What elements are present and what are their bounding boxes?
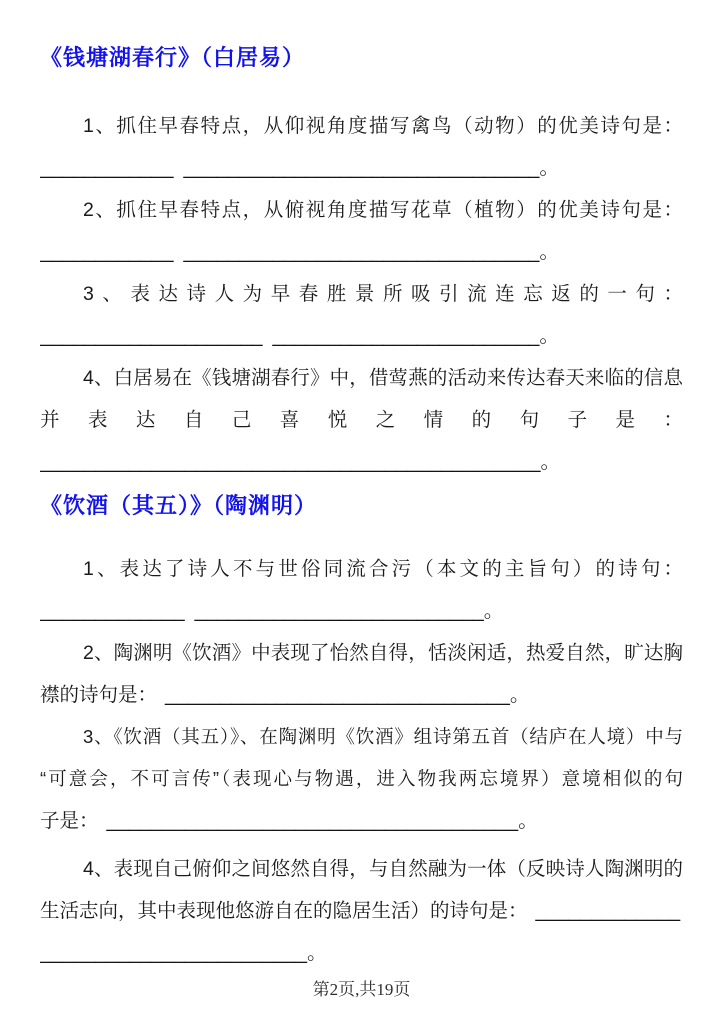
question-text: 4、表现自己俯仰之间悠然自得，与自然融为一体（反映诗人陶渊明的 xyxy=(40,848,683,890)
worksheet-page: 《钱塘湖春行》（白居易） 1、抓住早春特点，从仰视角度描写禽鸟（动物）的优美诗句… xyxy=(0,0,723,1024)
answer-blank: _____________ __________________________… xyxy=(40,600,504,622)
page-number-footer: 第2页,共19页 xyxy=(0,975,723,1000)
question-text: 4、白居易在《钱塘湖春行》中，借莺燕的活动来传达春天来临的信息 xyxy=(40,357,683,399)
question-text: 并表达自己喜悦之情的句子是： xyxy=(40,399,683,441)
answer-blank: ________________________________________… xyxy=(40,451,561,473)
answer-blank-line: ____________________ ___________________… xyxy=(40,315,683,357)
question-text-with-blank: 襟的诗句是：_______________________________。 xyxy=(40,674,683,716)
question-text: 襟的诗句是： xyxy=(40,684,157,706)
answer-blank-line: ____________ ___________________________… xyxy=(40,231,683,273)
answer-blank: ________________________。 xyxy=(40,942,327,964)
answer-blank-line: ________________________。 xyxy=(40,932,683,974)
answer-blank-line: ____________ ___________________________… xyxy=(40,147,683,189)
question-text: 子是： xyxy=(40,810,99,832)
section-title-yinjiu: 《饮酒（其五）》（陶渊明） xyxy=(40,492,683,520)
section-title-qiantang: 《钱塘湖春行》（白居易） xyxy=(40,44,683,72)
question-text-with-blank: 子是：_____________________________________… xyxy=(40,800,683,842)
question-text: 3、表达诗人为早春胜景所吸引流连忘返的一句： xyxy=(40,273,683,315)
question-text: 2、陶渊明《饮酒》中表现了怡然自得，恬淡闲适，热爱自然，旷达胸 xyxy=(40,632,683,674)
answer-blank-line: _____________ __________________________… xyxy=(40,590,683,632)
question-text: 2、抓住早春特点，从俯视角度描写花草（植物）的优美诗句是： xyxy=(40,189,683,231)
question-text: “可意会，不可言传”（表现心与物遇，进入物我两忘境界）意境相似的句 xyxy=(40,758,683,800)
answer-blank: _____________ xyxy=(536,900,681,922)
answer-blank: ____________ ___________________________… xyxy=(40,157,559,179)
question-text: 1、抓住早春特点，从仰视角度描写禽鸟（动物）的优美诗句是： xyxy=(40,105,683,147)
answer-blank: _____________________________________。 xyxy=(107,810,539,832)
answer-blank: ____________ ___________________________… xyxy=(40,241,559,263)
question-text: 1、表达了诗人不与世俗同流合污（本文的主旨句）的诗句： xyxy=(40,548,683,590)
question-text: 3、《饮酒（其五）》、在陶渊明《饮酒》组诗第五首（结庐在人境）中与 xyxy=(40,716,683,758)
answer-blank: ____________________ ___________________… xyxy=(40,325,559,347)
answer-blank-line: ________________________________________… xyxy=(40,441,683,483)
answer-blank: _______________________________。 xyxy=(165,684,530,706)
question-text-with-blank: 生活志向，其中表现他悠游自在的隐居生活）的诗句是：_____________ xyxy=(40,890,683,932)
question-text: 生活志向，其中表现他悠游自在的隐居生活）的诗句是： xyxy=(40,900,528,922)
